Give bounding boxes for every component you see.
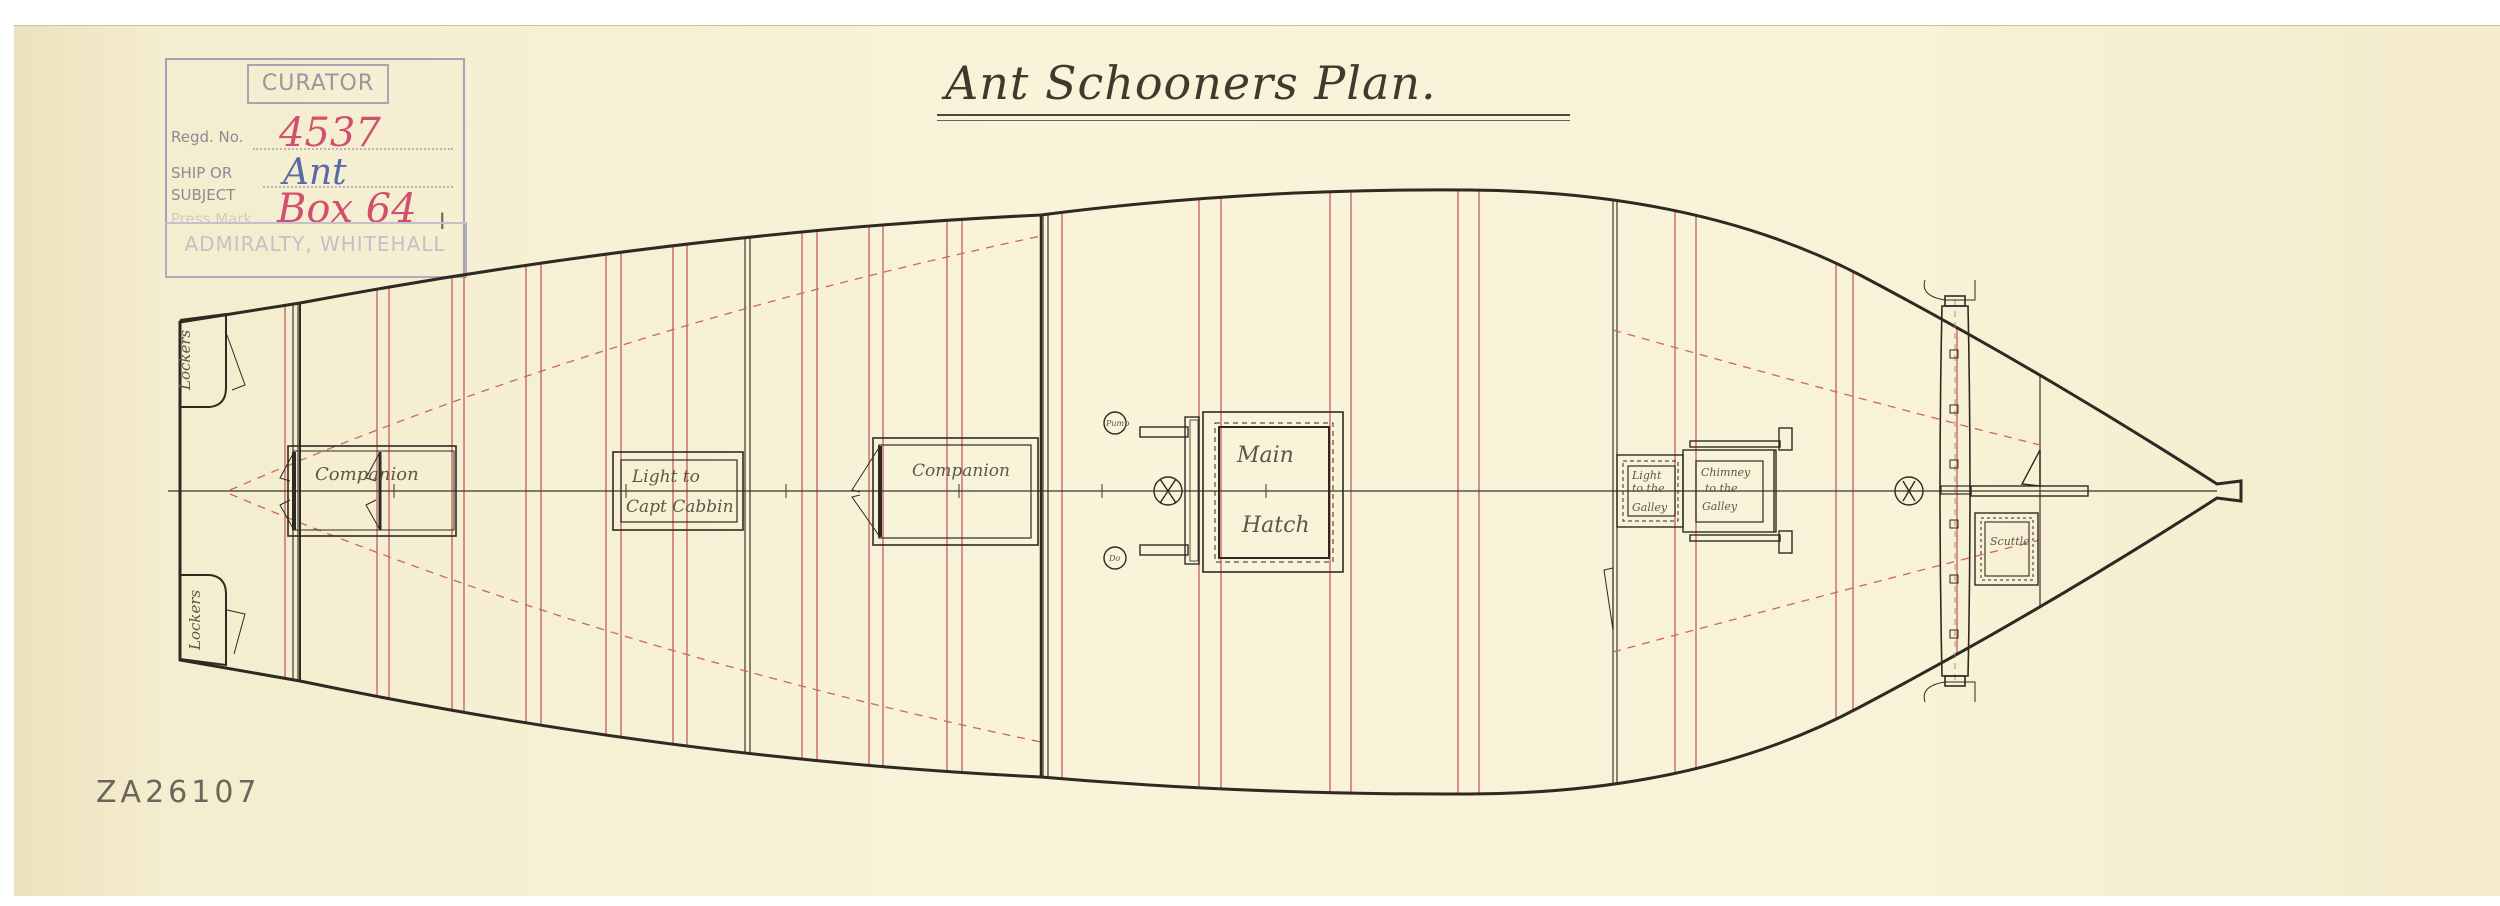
light-cabin-label-1: Light to [631, 467, 700, 487]
main-hatch-label-1: Main [1236, 443, 1294, 468]
quarter-locker-bottom-label: Lockers [186, 589, 204, 651]
deck-plan-drawing: Lockers Lockers Companion Light to Capt … [0, 0, 2500, 906]
pump-label-2: Do [1108, 554, 1120, 563]
pump-label-1: Pump [1105, 419, 1129, 428]
light-galley-label-1: Light [1631, 469, 1662, 482]
bowsprit-bitt [1895, 450, 2088, 505]
companion-label: Companion [912, 461, 1010, 481]
hull-outline [180, 190, 2241, 794]
main-hatch [1203, 412, 1343, 572]
chimney-label-3: Galley [1702, 500, 1738, 513]
chimney-label-2: to the [1705, 482, 1738, 495]
scuttle-label: Scuttle [1990, 535, 2030, 548]
deck-fitting [1604, 568, 1613, 630]
quarter-locker-top-label: Lockers [176, 329, 194, 391]
light-galley-label-3: Galley [1632, 501, 1668, 514]
light-cabin-label-2: Capt Cabbin [626, 497, 734, 517]
main-hatch-label-2: Hatch [1241, 513, 1310, 538]
light-galley-label-2: to the [1632, 482, 1665, 495]
plank-ruling [230, 150, 2040, 850]
aft-companion-label: Companion [315, 464, 419, 485]
chimney-label-1: Chimney [1701, 466, 1751, 479]
